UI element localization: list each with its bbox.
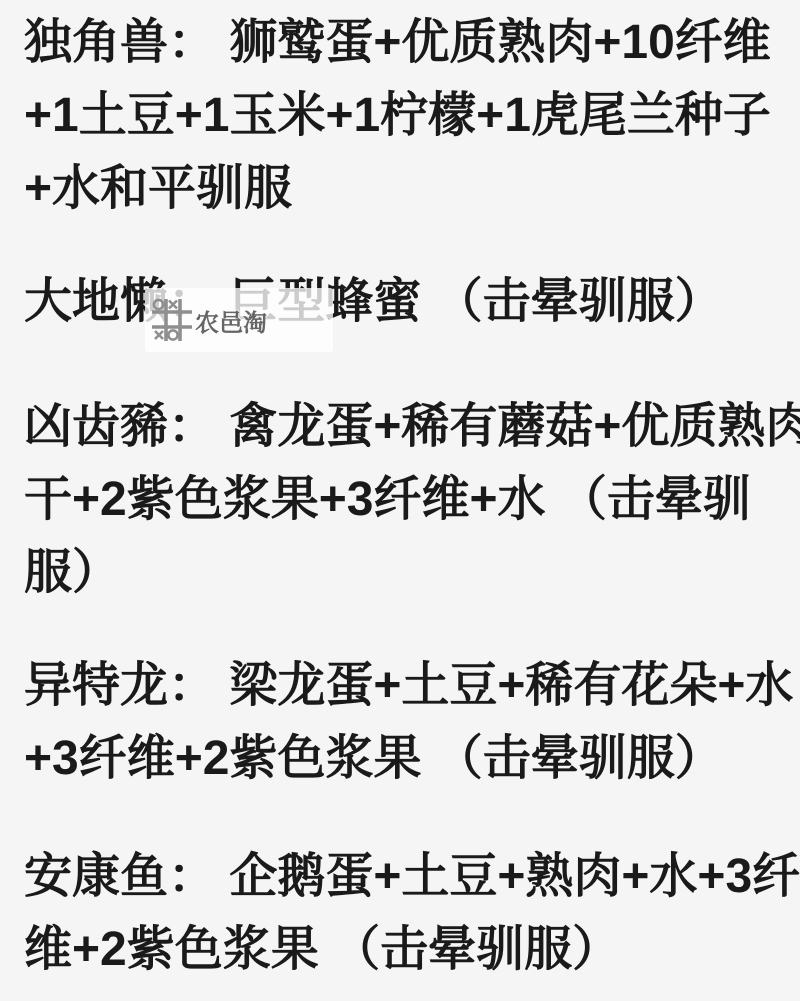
taming-guide-page: 独角兽： 狮鹫蛋+优质熟肉+10纤维 +1土豆+1玉米+1柠檬+1虎尾兰种子 +… [0,0,800,1001]
recipe-line: 异特龙： 梁龙蛋+土豆+稀有花朵+水 [24,649,790,722]
recipe-line: 安康鱼： 企鹅蛋+土豆+熟肉+水+3纤 [24,840,790,913]
recipe-line: 独角兽： 狮鹫蛋+优质熟肉+10纤维 [24,6,790,79]
recipe-ground-sloth: 大地懒： 巨型蜂蜜 （击晕驯服） [24,265,790,338]
recipe-anglerfish: 安康鱼： 企鹅蛋+土豆+熟肉+水+3纤 维+2紫色浆果 （击晕驯服） [24,840,790,986]
watermark: 农邑淘 [145,288,333,352]
recipe-line: 服） [24,536,790,609]
recipe-line: +水和平驯服 [24,152,790,225]
recipe-unicorn: 独角兽： 狮鹫蛋+优质熟肉+10纤维 +1土豆+1玉米+1柠檬+1虎尾兰种子 +… [24,6,790,225]
recipe-line: +1土豆+1玉米+1柠檬+1虎尾兰种子 [24,79,790,152]
recipe-line: 维+2紫色浆果 （击晕驯服） [24,913,790,986]
recipe-line: +3纤维+2紫色浆果 （击晕驯服） [24,722,790,795]
watermark-text: 农邑淘 [195,303,267,338]
recipe-line: 干+2紫色浆果+3纤维+水 （击晕驯 [24,463,790,536]
tic-tac-toe-icon [152,297,192,343]
recipe-line: 大地懒： 巨型蜂蜜 （击晕驯服） [24,265,790,338]
recipe-allosaurus: 异特龙： 梁龙蛋+土豆+稀有花朵+水 +3纤维+2紫色浆果 （击晕驯服） [24,649,790,795]
recipe-line: 凶齿豨： 禽龙蛋+稀有蘑菇+优质熟肉 [24,390,790,463]
recipe-daeodon: 凶齿豨： 禽龙蛋+稀有蘑菇+优质熟肉 干+2紫色浆果+3纤维+水 （击晕驯 服） [24,390,790,609]
